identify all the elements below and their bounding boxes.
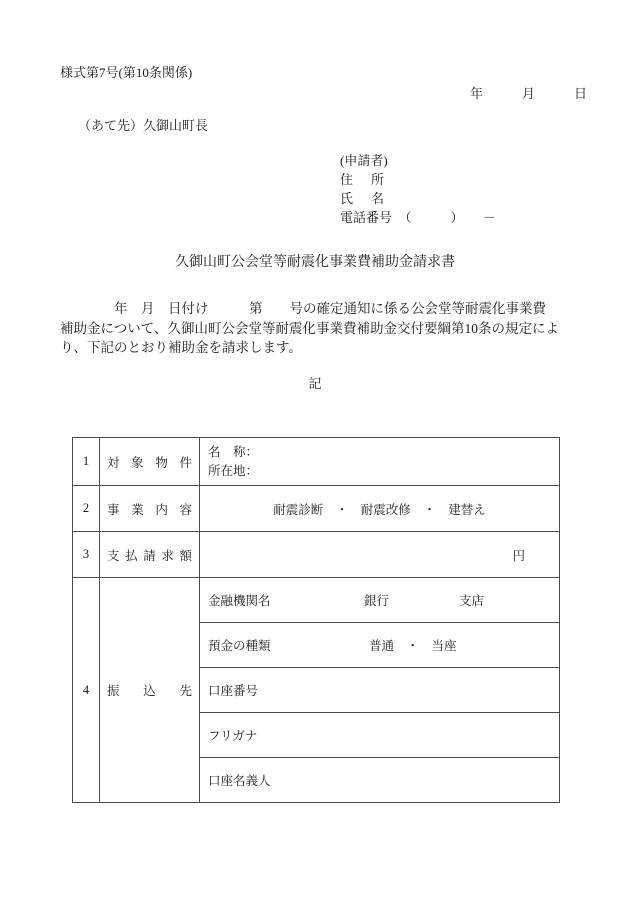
applicant-heading: (申請者) <box>340 151 496 170</box>
deposit-type-cell: 預金の種類 普通 ・ 当座 <box>200 623 560 668</box>
addressee-line: （あて先）久御山町長 <box>78 115 208 134</box>
ki-heading: 記 <box>0 373 630 392</box>
row-project-type: 2 事業内容 耐震診断 ・ 耐震改修 ・ 建替え <box>73 486 560 532</box>
row-bank-name: 4 振込先 金融機関名 銀行 支店 <box>73 578 560 623</box>
applicant-name-label: 氏 名 <box>340 189 496 208</box>
row-label-payment-amount: 支払請求額 <box>100 532 200 578</box>
applicant-block: (申請者) 住 所 氏 名 電話番号 （ ） － <box>340 151 496 227</box>
form-number: 様式第7号(第10条関係) <box>60 62 192 81</box>
applicant-phone-label: 電話番号 （ ） － <box>340 208 496 227</box>
row-number: 1 <box>73 438 100 486</box>
bank-suffix-label: 銀行 <box>364 591 389 609</box>
row-number: 3 <box>73 532 100 578</box>
row-number: 4 <box>73 578 100 803</box>
payment-amount-cell: 円 <box>200 532 560 578</box>
account-holder-label: 口座名義人 <box>200 758 560 803</box>
row-target-property: 1 対象物件 名 称： 所在地： <box>73 438 560 486</box>
body-paragraph: 年 月 日付け 第 号の確定通知に係る公会堂等耐震化事業費 補助金について、久御… <box>60 299 580 358</box>
document-page: 様式第7号(第10条関係) 年 月 日 （あて先）久御山町長 (申請者) 住 所… <box>0 0 630 903</box>
deposit-type-options: 普通 ・ 当座 <box>369 636 457 654</box>
target-property-cell: 名 称： 所在地： <box>200 438 560 486</box>
row-number: 2 <box>73 486 100 532</box>
project-type-options: 耐震診断 ・ 耐震改修 ・ 建替え <box>200 486 560 532</box>
row-payment-amount: 3 支払請求額 円 <box>73 532 560 578</box>
document-title: 久御山町公会堂等耐震化事業費補助金請求書 <box>0 251 630 271</box>
property-location-line: 所在地： <box>208 462 559 481</box>
bank-name-cell: 金融機関名 銀行 支店 <box>200 578 560 623</box>
date-line: 年 月 日 <box>470 83 587 102</box>
name-label-text: 氏 名 <box>340 189 384 208</box>
deposit-type-label: 預金の種類 <box>208 636 271 654</box>
account-number-label: 口座番号 <box>200 668 560 713</box>
row-label-target-property: 対象物件 <box>100 438 200 486</box>
row-label-project-type: 事業内容 <box>100 486 200 532</box>
address-label-text: 住 所 <box>340 170 384 189</box>
branch-suffix-label: 支店 <box>459 591 484 609</box>
row-label-transfer-destination: 振込先 <box>100 578 200 803</box>
furigana-label: フリガナ <box>200 713 560 758</box>
bank-name-label: 金融機関名 <box>208 591 271 609</box>
request-table: 1 対象物件 名 称： 所在地： 2 事業内容 耐震診断 ・ 耐震改修 ・ 建替… <box>72 437 560 803</box>
applicant-address-label: 住 所 <box>340 170 496 189</box>
property-name-line: 名 称： <box>208 443 559 462</box>
